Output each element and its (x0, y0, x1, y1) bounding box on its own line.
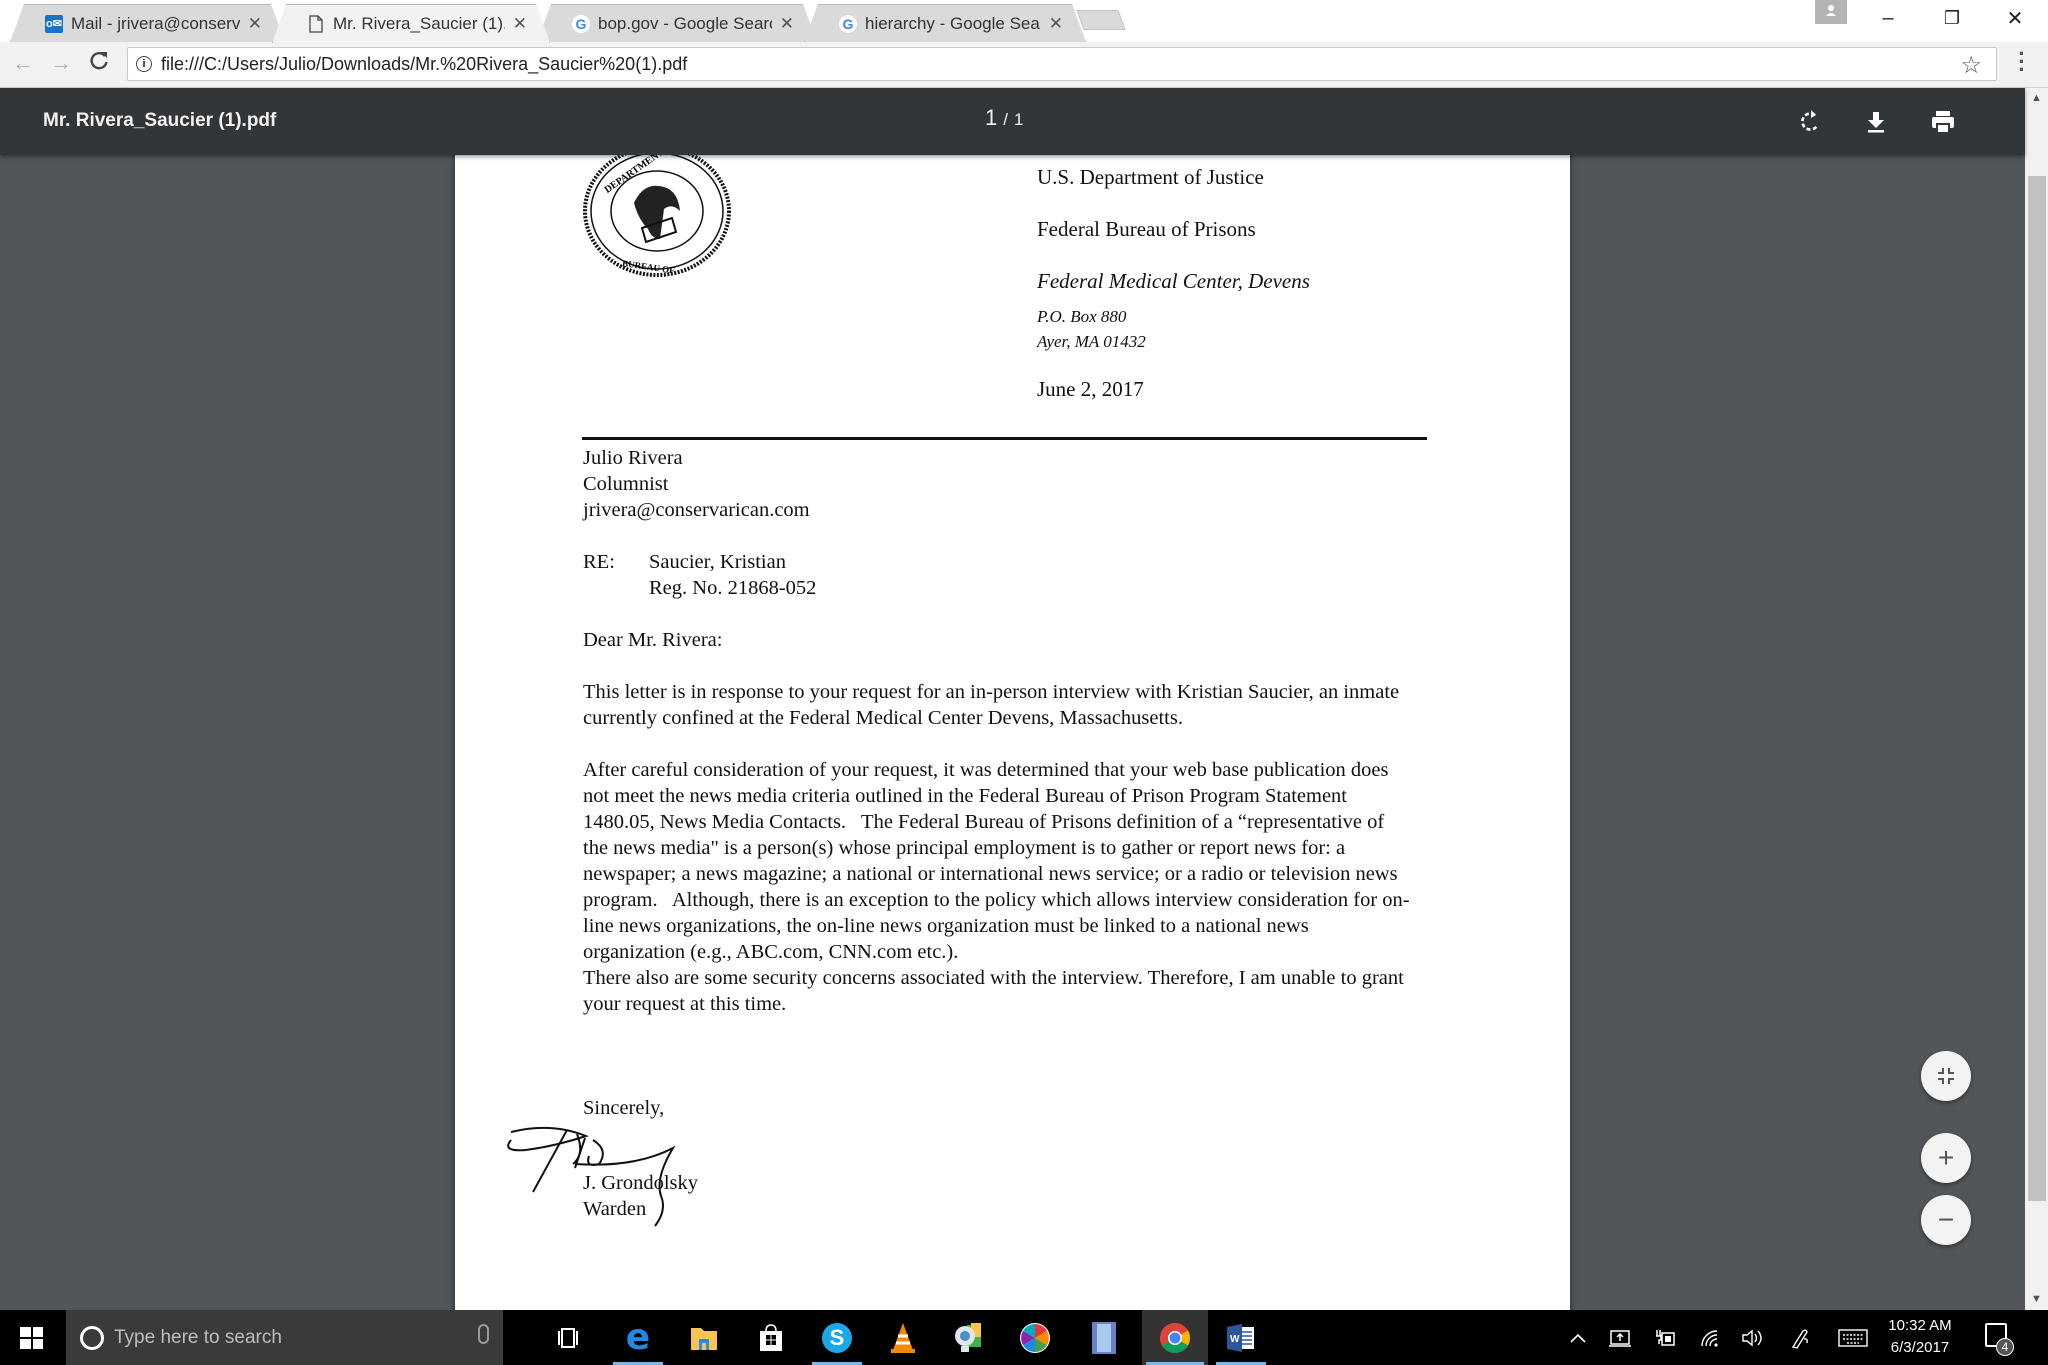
notification-count-badge: 4 (1996, 1338, 2014, 1356)
re-subject: Saucier, Kristian (649, 549, 786, 575)
letterhead-facility: Federal Medical Center, Devens (1037, 269, 1310, 294)
task-view-icon (556, 1327, 580, 1349)
taskbar-skype[interactable]: S (808, 1310, 866, 1365)
rotate-button[interactable] (1795, 106, 1827, 138)
movie-maker-icon (1090, 1321, 1118, 1355)
profile-button[interactable] (1815, 0, 1847, 24)
fit-to-page-icon (1936, 1066, 1956, 1086)
close-tab-icon[interactable]: ✕ (513, 14, 527, 34)
recipient-name: Julio Rivera (583, 445, 1443, 471)
taskbar-photos[interactable] (1006, 1310, 1064, 1365)
total-pages: 1 (1014, 110, 1023, 129)
minimize-button[interactable]: – (1858, 0, 1918, 36)
microphone-icon[interactable] (478, 1324, 489, 1344)
site-info-icon[interactable]: i (136, 56, 152, 72)
close-window-button[interactable]: ✕ (1985, 0, 2045, 36)
tab-pdf[interactable]: Mr. Rivera_Saucier (1).pdf ✕ (272, 4, 550, 43)
signer-name: J. Grondolsky (583, 1170, 1443, 1196)
bookmark-star-icon[interactable]: ☆ (1960, 51, 1982, 80)
close-tab-icon[interactable]: ✕ (1049, 14, 1063, 34)
taskbar-vlc[interactable] (874, 1310, 932, 1365)
scrollbar-thumb[interactable] (2028, 176, 2046, 1201)
taskbar-chrome[interactable] (1142, 1310, 1208, 1365)
taskbar-search-box[interactable]: Type here to search (66, 1310, 503, 1365)
vertical-scrollbar[interactable]: ▲ ▼ (2025, 88, 2048, 1310)
closing: Sincerely, (583, 1095, 1443, 1121)
start-button[interactable] (20, 1327, 44, 1349)
letterhead-rule (582, 437, 1427, 440)
zoom-in-button[interactable]: + (1921, 1133, 1971, 1183)
tab-strip: o✉ Mail - jrivera@conservari ✕ Mr. River… (0, 0, 2048, 42)
fit-to-page-button[interactable] (1921, 1051, 1971, 1101)
search-placeholder: Type here to search (114, 1327, 282, 1349)
letterhead-department: U.S. Department of Justice (1037, 165, 1264, 190)
address-bar[interactable]: i file:///C:/Users/Julio/Downloads/Mr.%2… (127, 47, 1997, 81)
chrome-icon (1159, 1322, 1191, 1354)
tab-mail[interactable]: o✉ Mail - jrivera@conservari ✕ (10, 4, 285, 42)
tab-title: Mail - jrivera@conservari (71, 14, 240, 34)
tab-title: hierarchy - Google Searc (865, 14, 1041, 34)
tab-title: bop.gov - Google Search (598, 14, 772, 34)
re-reg-number: Reg. No. 21868-052 (649, 575, 816, 601)
outlook-icon: o✉ (45, 15, 63, 33)
windows-taskbar: Type here to search e S W (0, 1310, 2048, 1365)
svg-text:W: W (1230, 1334, 1240, 1345)
taskbar-movie-maker[interactable] (1075, 1310, 1133, 1365)
doj-seal: DEPARTMENT OF BUREAU OF (582, 155, 732, 288)
pdf-toolbar: Mr. Rivera_Saucier (1).pdf 1/1 (0, 88, 2025, 155)
system-clock[interactable]: 10:32 AM 6/3/2017 (1880, 1315, 1960, 1359)
file-explorer-icon (689, 1324, 719, 1352)
paragraph-1: This letter is in response to your reque… (583, 679, 1403, 731)
re-label: RE: (583, 549, 649, 575)
reload-icon (88, 50, 110, 72)
pen-workspace-icon[interactable] (1785, 1310, 1815, 1365)
pdf-viewer: DEPARTMENT OF BUREAU OF U.S. Department … (0, 155, 2025, 1310)
edge-icon: e (626, 1317, 650, 1358)
tray-display-icon[interactable] (1605, 1310, 1635, 1365)
pdf-page: DEPARTMENT OF BUREAU OF U.S. Department … (455, 155, 1570, 1310)
letterhead-address-line1: P.O. Box 880 (1037, 307, 1126, 327)
clock-date: 6/3/2017 (1880, 1337, 1960, 1359)
close-tab-icon[interactable]: ✕ (780, 14, 794, 34)
page-counter: 1/1 (985, 105, 1023, 131)
salutation: Dear Mr. Rivera: (583, 627, 1443, 653)
download-icon (1860, 106, 1892, 138)
scroll-down-arrow-icon[interactable]: ▼ (2031, 1293, 2042, 1305)
browser-toolbar: ← → i file:///C:/Users/Julio/Downloads/M… (0, 42, 2048, 88)
taskbar-edge[interactable]: e (609, 1310, 667, 1365)
taskbar-store[interactable] (742, 1310, 800, 1365)
task-view-button[interactable] (539, 1310, 597, 1365)
letterhead-bureau: Federal Bureau of Prisons (1037, 217, 1256, 242)
battery-charging-icon[interactable] (1650, 1310, 1680, 1365)
store-icon (758, 1323, 784, 1353)
google-icon: G (839, 15, 857, 33)
back-button[interactable]: ← (12, 50, 34, 76)
letterhead-address-line2: Ayer, MA 01432 (1037, 332, 1146, 352)
download-button[interactable] (1860, 106, 1892, 138)
vlc-icon (889, 1322, 917, 1354)
paragraph-2: After careful consideration of your requ… (583, 757, 1411, 965)
taskbar-word[interactable]: W (1212, 1310, 1270, 1365)
volume-icon[interactable] (1738, 1310, 1768, 1365)
photos-pinwheel-icon (1019, 1322, 1051, 1354)
tab-bop-search[interactable]: G bop.gov - Google Search ✕ (537, 4, 817, 42)
recipient-title: Columnist (583, 471, 1443, 497)
print-icon (1927, 106, 1959, 138)
touch-keyboard-icon[interactable] (1835, 1310, 1871, 1365)
wifi-icon[interactable] (1695, 1310, 1725, 1365)
webcam-icon (953, 1322, 985, 1354)
re-block: RE: Saucier, Kristian Reg. No. 21868-052 (583, 549, 1443, 601)
paragraph-3: There also are some security concerns as… (583, 965, 1413, 1017)
document-icon (307, 15, 325, 33)
svg-text:BUREAU OF: BUREAU OF (622, 258, 676, 275)
page-separator: / (1003, 110, 1008, 129)
url-text[interactable]: file:///C:/Users/Julio/Downloads/Mr.%20R… (161, 54, 687, 75)
taskbar-webcam[interactable] (940, 1310, 998, 1365)
forward-button[interactable]: → (50, 50, 72, 76)
new-tab-button[interactable] (1076, 10, 1125, 30)
pdf-filename: Mr. Rivera_Saucier (1).pdf (43, 110, 276, 132)
print-button[interactable] (1927, 106, 1959, 138)
word-icon: W (1226, 1324, 1256, 1352)
scroll-up-arrow-icon[interactable]: ▲ (2031, 92, 2042, 104)
show-hidden-icons-button[interactable] (1565, 1310, 1591, 1365)
signer-title: Warden (583, 1196, 1443, 1222)
cortana-icon[interactable] (80, 1326, 104, 1350)
restore-button[interactable]: ❐ (1922, 0, 1982, 36)
google-icon: G (572, 15, 590, 33)
recipient-block: Julio Rivera Columnist jrivera@conservar… (583, 445, 1443, 523)
skype-icon: S (822, 1323, 852, 1353)
close-tab-icon[interactable]: ✕ (248, 14, 262, 34)
chevron-up-icon (1570, 1333, 1586, 1343)
recipient-email: jrivera@conservarican.com (583, 497, 1443, 523)
reload-button[interactable] (88, 50, 110, 78)
browser-menu-icon[interactable]: ··· (2016, 50, 2028, 74)
letter-date: June 2, 2017 (1037, 377, 1144, 402)
clock-time: 10:32 AM (1880, 1315, 1960, 1337)
zoom-out-button[interactable]: − (1921, 1195, 1971, 1245)
taskbar-file-explorer[interactable] (675, 1310, 733, 1365)
current-page-input[interactable]: 1 (985, 105, 997, 130)
rotate-icon (1795, 106, 1827, 138)
tab-title: Mr. Rivera_Saucier (1).pdf (333, 14, 505, 34)
tab-hierarchy-search[interactable]: G hierarchy - Google Searc ✕ (804, 4, 1086, 42)
